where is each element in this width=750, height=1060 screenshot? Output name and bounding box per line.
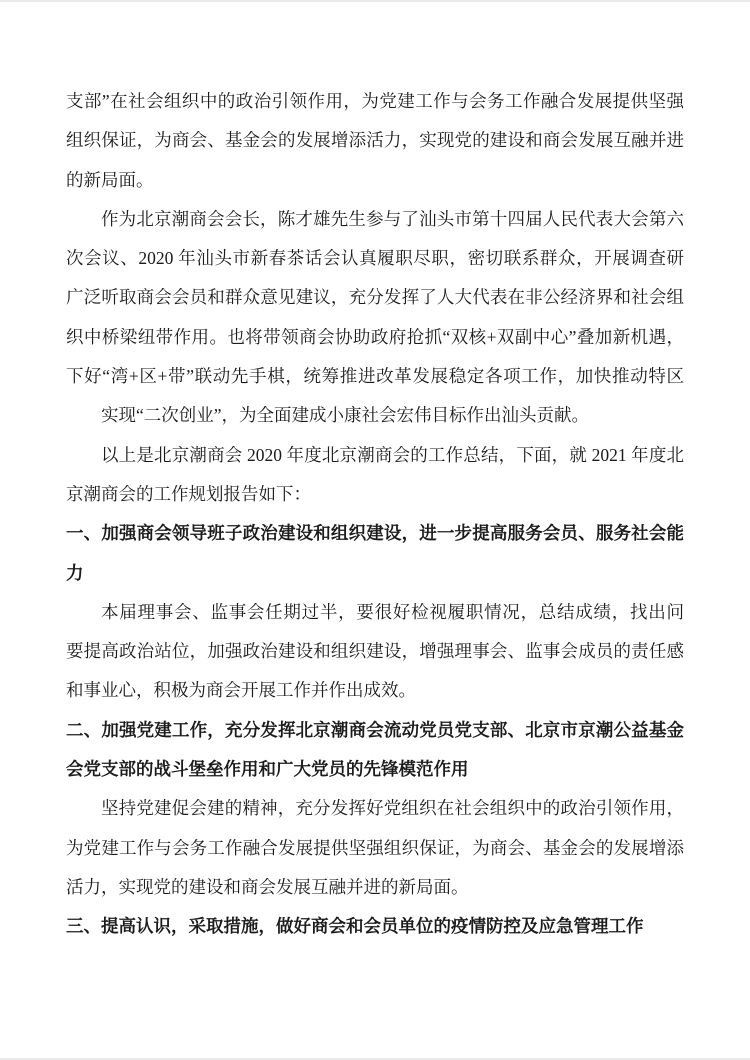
text-line: 广泛听取商会会员和群众意见建议，充分发挥了人大代表在非公经济界和社会组: [66, 278, 684, 317]
text-line: 和事业心，积极为商会开展工作并作出成效。: [66, 671, 684, 710]
text-line: 织中桥梁纽带作用。也将带领商会协助政府抢抓“双核+双副中心”叠加新机遇，: [66, 318, 684, 357]
section-heading-line: 一、加强商会领导班子政治建设和组织建设，进一步提高服务会员、服务社会能: [66, 514, 684, 553]
section-heading-line: 力: [66, 554, 684, 593]
text-line: 活力，实现党的建设和商会发展互融并进的新局面。: [66, 868, 684, 907]
text-line: 作为北京潮商会会长，陈才雄先生参与了汕头市第十四届人民代表大会第六: [66, 200, 684, 239]
text-line: 组织保证，为商会、基金会的发展增添活力，实现党的建设和商会发展互融并进: [66, 121, 684, 160]
text-line: 为党建工作与会务工作融合发展提供坚强组织保证，为商会、基金会的发展增添: [66, 829, 684, 868]
section-heading-line: 三、提高认识，采取措施，做好商会和会员单位的疫情防控及应急管理工作: [66, 907, 684, 946]
text-line: 支部”在社会组织中的政治引领作用，为党建工作与会务工作融合发展提供坚强: [66, 82, 684, 121]
section-heading-line: 二、加强党建工作，充分发挥北京潮商会流动党员党支部、北京市京潮公益基金: [66, 711, 684, 750]
text-line: 本届理事会、监事会任期过半，要很好检视履职情况，总结成绩，找出问题；: [66, 593, 684, 632]
document-body: 支部”在社会组织中的政治引领作用，为党建工作与会务工作融合发展提供坚强 组织保证…: [66, 82, 684, 947]
text-line: 要提高政治站位，加强政治建设和组织建设，增强理事会、监事会成员的责任感: [66, 632, 684, 671]
text-line: 以上是北京潮商会 2020 年度北京潮商会的工作总结，下面，就 2021 年度北: [66, 436, 684, 475]
text-line: 下好“湾+区+带”联动先手棋，统筹推进改革发展稳定各项工作，加快推动特区: [66, 357, 684, 396]
text-line: 次会议、2020 年汕头市新春茶话会认真履职尽职，密切联系群众，开展调查研究。: [66, 239, 684, 278]
text-line: 京潮商会的工作规划报告如下：: [66, 475, 684, 514]
document-page: 支部”在社会组织中的政治引领作用，为党建工作与会务工作融合发展提供坚强 组织保证…: [0, 0, 750, 1060]
text-line: 坚持党建促会建的精神，充分发挥好党组织在社会组织中的政治引领作用，: [66, 789, 684, 828]
text-line: 实现“二次创业”，为全面建成小康社会宏伟目标作出汕头贡献。: [66, 396, 684, 435]
section-heading-line: 会党支部的战斗堡垒作用和广大党员的先锋模范作用: [66, 750, 684, 789]
text-line: 的新局面。: [66, 161, 684, 200]
